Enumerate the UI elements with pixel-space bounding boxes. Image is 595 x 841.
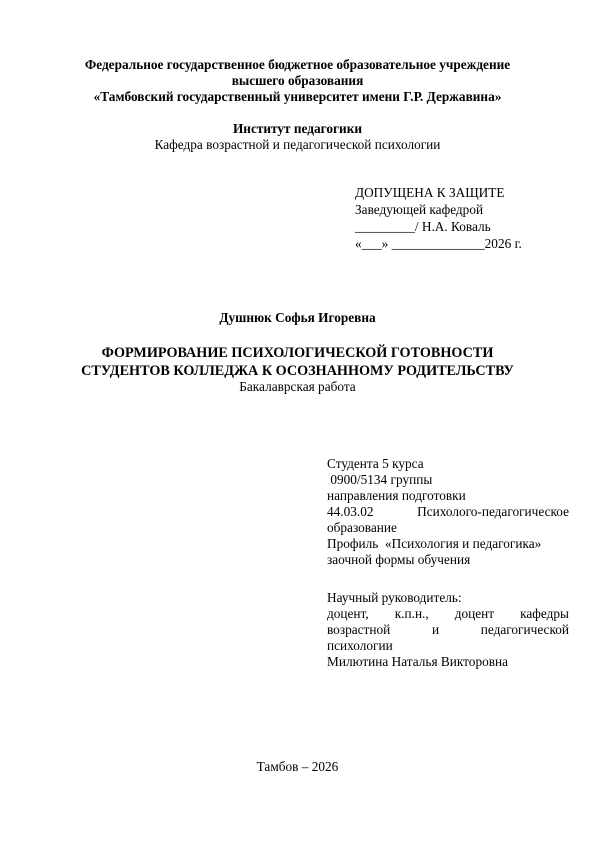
university-name: «Тамбовский государственный университет … bbox=[0, 89, 595, 105]
direction-label: направления подготовки bbox=[327, 488, 569, 504]
supervisor-block: Научный руководитель: доцент, к.п.н., до… bbox=[327, 590, 569, 670]
supervisor-label: Научный руководитель: bbox=[327, 590, 569, 606]
city-year: Тамбов – 2026 bbox=[0, 759, 595, 775]
student-course: Студента 5 курса bbox=[327, 456, 569, 472]
author-block: Душнюк Софья Игоревна bbox=[0, 310, 595, 326]
organization-block: Федеральное государственное бюджетное об… bbox=[0, 57, 595, 105]
direction-code: 44.03.02 bbox=[327, 504, 374, 520]
student-group: 0900/5134 группы bbox=[327, 472, 569, 488]
approval-heading: ДОПУЩЕНА К ЗАЩИТЕ bbox=[355, 184, 522, 201]
student-info-block: Студента 5 курса 0900/5134 группы направ… bbox=[327, 456, 569, 568]
approval-block: ДОПУЩЕНА К ЗАЩИТЕ Заведующей кафедрой __… bbox=[355, 184, 522, 252]
study-form: заочной формы обучения bbox=[327, 552, 569, 568]
approval-signature: _________/ Н.А. Коваль bbox=[355, 218, 522, 235]
supervisor-position-3: психологии bbox=[327, 638, 569, 654]
organization-line-1: Федеральное государственное бюджетное об… bbox=[0, 57, 595, 73]
organization-line-2: высшего образования bbox=[0, 73, 595, 89]
title-page: Федеральное государственное бюджетное об… bbox=[0, 0, 595, 841]
thesis-title-line-2: СТУДЕНТОВ КОЛЛЕДЖА К ОСОЗНАННОМУ РОДИТЕЛ… bbox=[0, 362, 595, 380]
direction-name-cont: образование bbox=[327, 520, 569, 536]
thesis-title-line-1: ФОРМИРОВАНИЕ ПСИХОЛОГИЧЕСКОЙ ГОТОВНОСТИ bbox=[0, 344, 595, 362]
student-profile: Профиль «Психология и педагогика» bbox=[327, 536, 569, 552]
author-name: Душнюк Софья Игоревна bbox=[0, 310, 595, 326]
supervisor-name: Милютина Наталья Викторовна bbox=[327, 654, 569, 670]
approval-role: Заведующей кафедрой bbox=[355, 201, 522, 218]
direction-row: 44.03.02 Психолого-педагогическое bbox=[327, 504, 569, 520]
institute-name: Институт педагогики bbox=[0, 121, 595, 137]
work-type-block: Бакалаврская работа bbox=[0, 379, 595, 395]
footer-block: Тамбов – 2026 bbox=[0, 759, 595, 775]
approval-date: «___» ______________2026 г. bbox=[355, 235, 522, 252]
direction-name: Психолого-педагогическое bbox=[417, 504, 569, 520]
supervisor-position-2: возрастной и педагогической bbox=[327, 622, 569, 638]
department-name: Кафедра возрастной и педагогической псих… bbox=[0, 137, 595, 153]
supervisor-position-1: доцент, к.п.н., доцент кафедры bbox=[327, 606, 569, 622]
institute-block: Институт педагогики Кафедра возрастной и… bbox=[0, 121, 595, 153]
work-type: Бакалаврская работа bbox=[0, 379, 595, 395]
thesis-title-block: ФОРМИРОВАНИЕ ПСИХОЛОГИЧЕСКОЙ ГОТОВНОСТИ … bbox=[0, 344, 595, 380]
